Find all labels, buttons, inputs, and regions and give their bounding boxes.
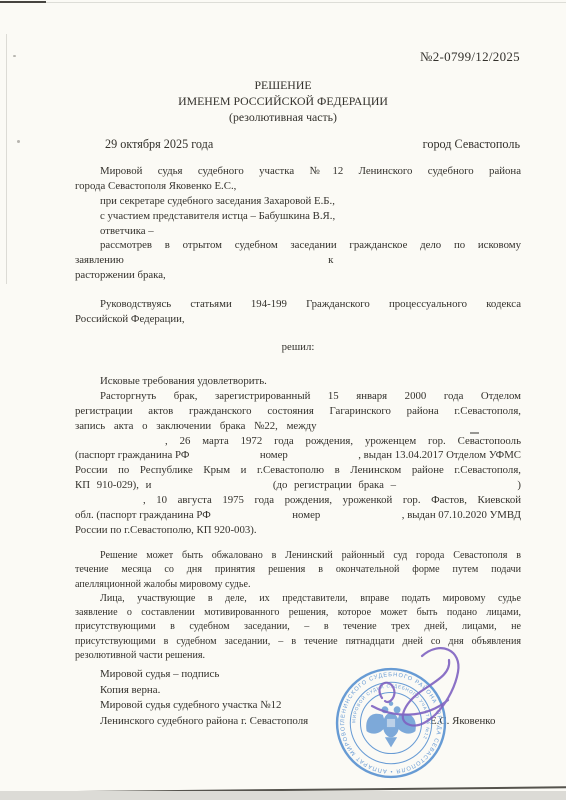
intro-line: города Севастополя Яковенко Е.С.,	[75, 179, 521, 194]
operative-line-redacted: , 26 марта 1972 года рождения, уроженцем…	[75, 434, 521, 449]
passport-label: (паспорт гражданина РФ	[75, 448, 189, 463]
signature-line: Мировой судья – подпись	[100, 667, 308, 683]
operative-line: Исковые требования удовлетворить.	[75, 374, 521, 389]
intro-line: рассмотрев в отрытом судебном заседании …	[75, 238, 521, 253]
judge-signature-ink	[350, 642, 485, 752]
operative-line-redacted: , 10 августа 1975 года рождения, уроженк…	[75, 493, 521, 508]
scan-artifact	[13, 55, 16, 57]
operative-line: Расторгнуть брак, зарегистрированный 15 …	[75, 389, 521, 404]
operative-line-passport: (паспорт гражданина РФ номер , выдан 13.…	[75, 448, 521, 463]
passport-number-label: номер	[260, 448, 288, 463]
passport-issue: , выдан 07.10.2020 УМВД	[402, 508, 521, 523]
appeal-line: течение месяца со дня принятия решения в…	[75, 563, 521, 577]
intro-line: ответчика –	[75, 224, 521, 239]
decision-date: 29 октября 2025 года	[105, 137, 213, 152]
scan-edge-top-shadow	[40, 2, 566, 3]
operative-paragraph: Исковые требования удовлетворить. Растор…	[75, 374, 521, 538]
maiden-name-label: (до регистрации брака –	[273, 478, 396, 493]
title-line-1: РЕШЕНИЕ	[0, 77, 566, 93]
appeal-line: Лица, участвующие в деле, их представите…	[75, 592, 521, 606]
scan-fold-line	[6, 34, 7, 284]
intro-line: с участием представителя истца – Бабушки…	[75, 209, 521, 224]
guided-paragraph: Руководствуясь статьями 194-199 Гражданс…	[75, 297, 521, 327]
title-line-2: ИМЕНЕМ РОССИЙСКОЙ ФЕДЕРАЦИИ	[0, 93, 566, 109]
scan-artifact	[17, 140, 20, 143]
document-title: РЕШЕНИЕ ИМЕНЕМ РОССИЙСКОЙ ФЕДЕРАЦИИ (рез…	[0, 77, 566, 125]
signature-line: Ленинского судебного района г. Севастопо…	[100, 714, 308, 730]
operative-line-redacted: КП 910-029), и (до регистрации брака – )	[75, 478, 521, 493]
operative-line-redacted: запись акта о заключении брака №22, межд…	[75, 419, 521, 434]
guided-line: Руководствуясь статьями 194-199 Гражданс…	[75, 297, 521, 312]
closing-paren: )	[517, 478, 521, 493]
date-place-line: 29 октября 2025 года город Севастополь	[105, 137, 520, 152]
signature-line: Копия верна.	[100, 683, 308, 699]
appeal-line: заявление о составлении мотивированного …	[75, 606, 521, 620]
operative-line: России по Республике Крым и г.Севастопол…	[75, 463, 521, 478]
operative-line: регистрации актов гражданского состояния…	[75, 404, 521, 419]
appeal-line: Решение может быть обжаловано в Ленински…	[75, 549, 521, 563]
signature-block: Мировой судья – подпись Копия верна. Мир…	[100, 667, 308, 730]
scan-background-strip	[0, 791, 566, 800]
appeal-line: присутствующими в судебном заседании, – …	[75, 620, 521, 634]
passport-issue: , выдан 13.04.2017 Отделом УФМС	[358, 448, 521, 463]
resolved-heading: решил:	[75, 340, 521, 355]
operative-line: России по г.Севастополю, КП 920-003).	[75, 523, 521, 538]
operative-line-passport: обл. (паспорт гражданина РФ номер , выда…	[75, 508, 521, 523]
appeal-line: апелляционной жалобы мировому судье.	[75, 578, 521, 592]
guided-line: Российской Федерации,	[75, 312, 521, 327]
word-plaintiff-label: заявлению	[75, 253, 124, 268]
title-line-3: (резолютивная часть)	[0, 109, 566, 125]
word-k: к	[328, 253, 333, 268]
passport-label: обл. (паспорт гражданина РФ	[75, 508, 211, 523]
signature-line: Мировой судья судебного участка №12	[100, 698, 308, 714]
intro-line: Мировой судья судебного участка №12 Лени…	[75, 164, 521, 179]
intro-line-redacted: заявлению к о	[75, 253, 521, 268]
passport-number-label: номер	[292, 508, 320, 523]
document-page: №2-0799/12/2025 РЕШЕНИЕ ИМЕНЕМ РОССИЙСКО…	[0, 0, 566, 800]
intro-line: расторжении брака,	[75, 268, 521, 283]
intro-paragraph: Мировой судья судебного участка №12 Лени…	[75, 164, 521, 283]
decision-city: город Севастополь	[423, 137, 520, 152]
code-kp: КП 910-029), и	[75, 478, 151, 493]
intro-line: при секретаре судебного заседания Захаро…	[75, 194, 521, 209]
case-number: №2-0799/12/2025	[420, 49, 520, 65]
